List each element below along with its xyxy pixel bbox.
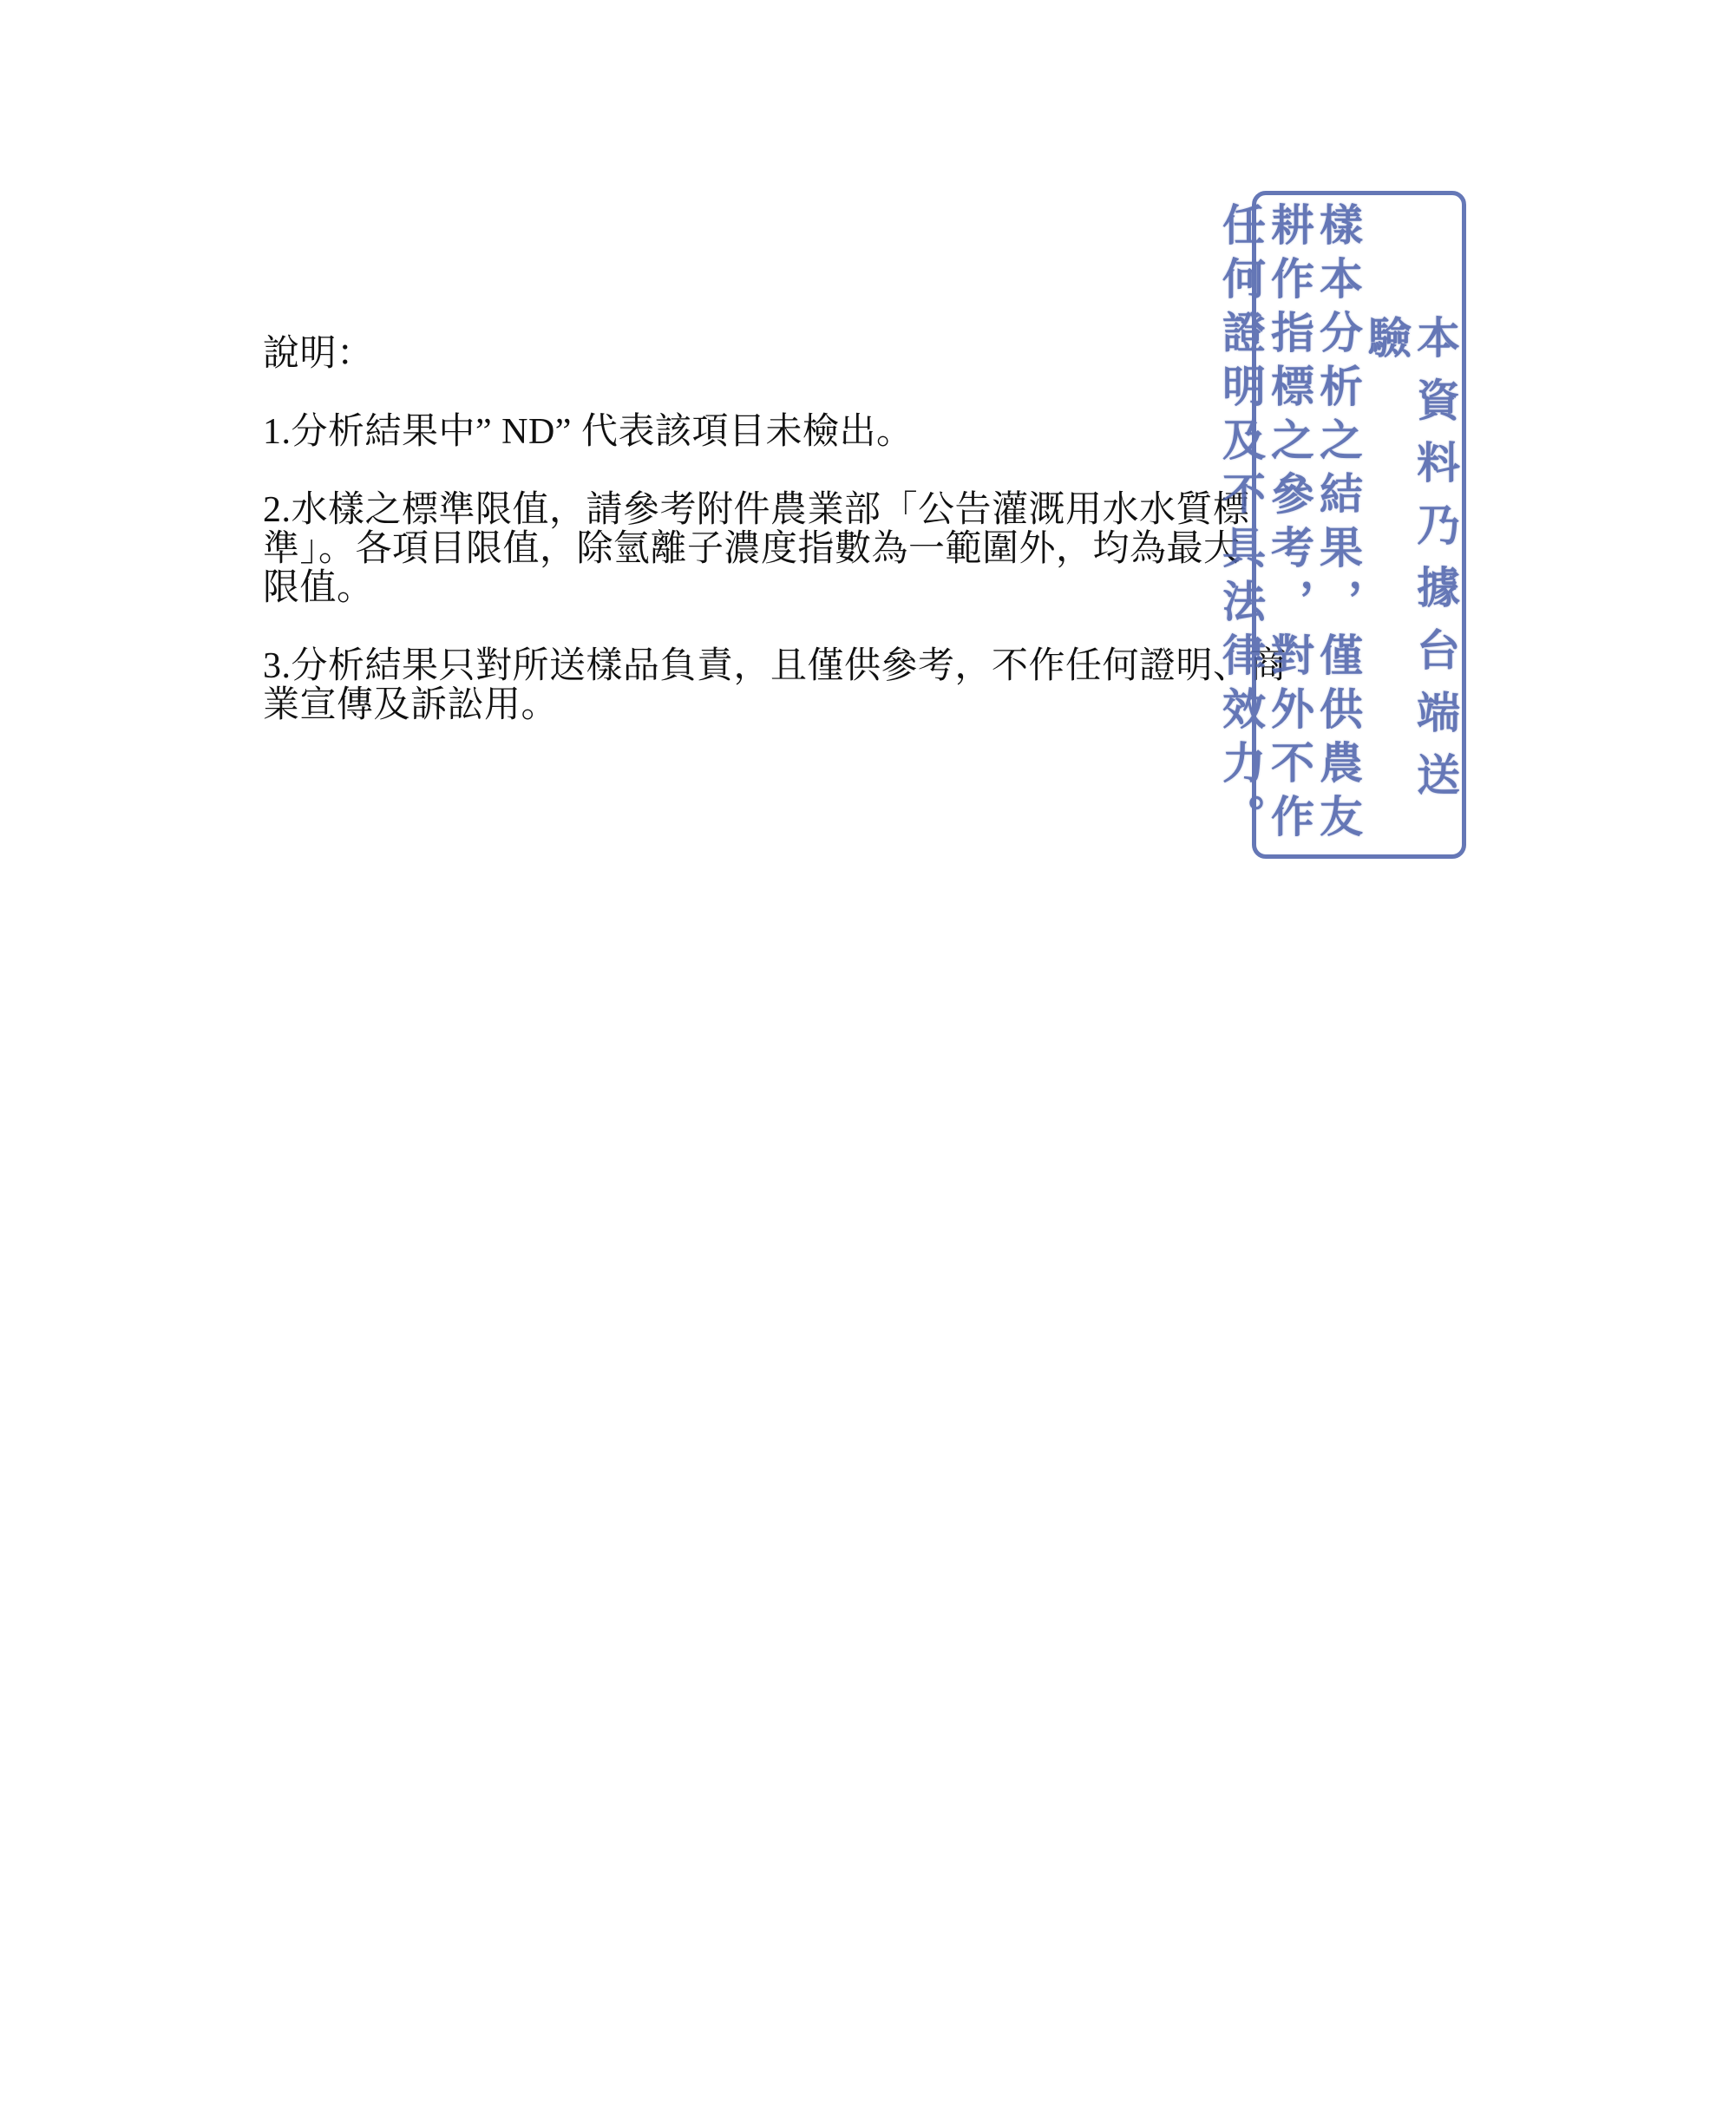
- notes-section: 說明： 1.分析結果中” ND” 代表該項目未檢出。 2.水樣之標準限值，請參考…: [263, 335, 1356, 764]
- note-item-2: 2.水樣之標準限值，請參考附件農業部「公告灌溉用水水質標 準」。各項目限值，除氫…: [263, 491, 1356, 608]
- stamp-column-2: 樣本分析之結果，僅供農友: [1313, 202, 1362, 847]
- document-page: 說明： 1.分析結果中” ND” 代表該項目未檢出。 2.水樣之標準限值，請參考…: [0, 0, 1736, 2120]
- note-item-1: 1.分析結果中” ND” 代表該項目未檢出。: [263, 413, 1356, 452]
- notes-heading: 說明：: [263, 335, 1356, 374]
- stamp-column-3: 耕作指標之參考，對外不作: [1265, 202, 1313, 847]
- disclaimer-stamp: 本資料乃據台端送驗 樣本分析之結果，僅供農友 耕作指標之參考，對外不作 任何證明…: [1252, 191, 1466, 859]
- stamp-column-4: 任何證明及不具法律效力。: [1216, 202, 1265, 847]
- note-item-3: 3.分析結果只對所送樣品負責，且僅供參考，不作任何證明、商 業宣傳及訴訟用。: [263, 647, 1356, 725]
- stamp-column-1: 本資料乃據台端送驗: [1362, 202, 1459, 847]
